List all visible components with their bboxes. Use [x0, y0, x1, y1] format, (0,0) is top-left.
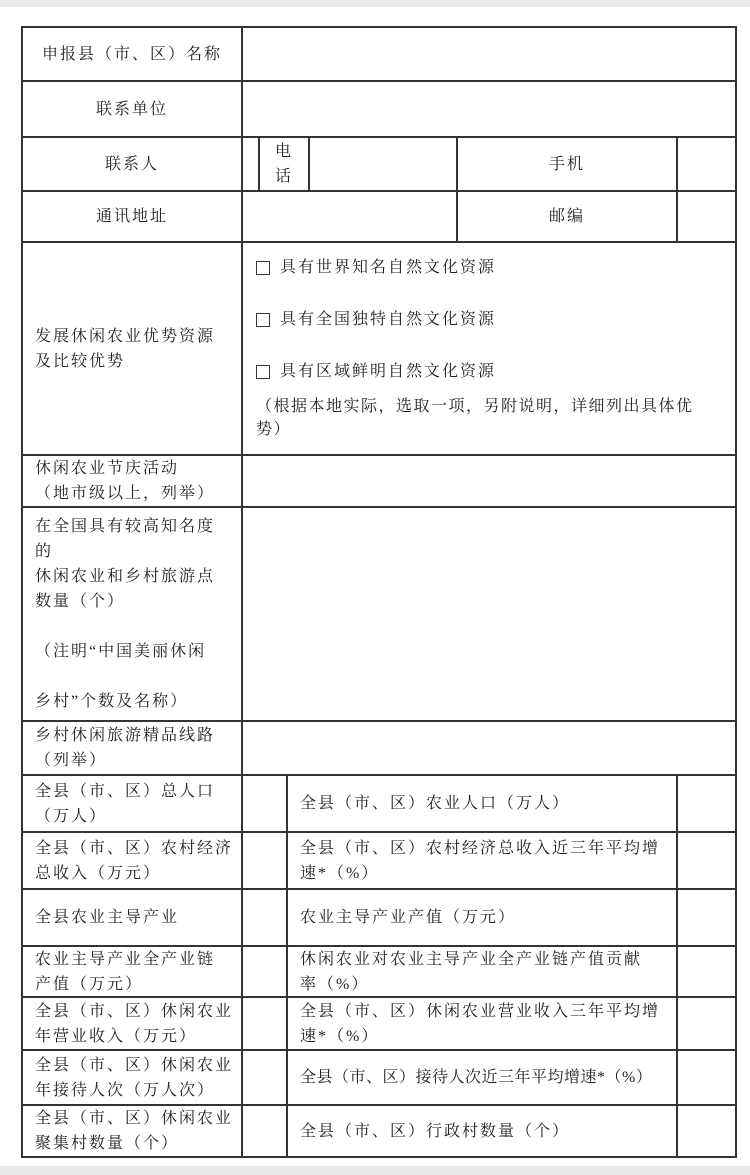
postcode-label: 邮编 [458, 192, 678, 241]
stat-right-label: 全县（市、区）行政村数量（个） [288, 1106, 678, 1156]
checkbox-option-national[interactable]: 具有全国独特自然文化资源 [256, 309, 496, 331]
stat-left-input-cell[interactable] [243, 890, 288, 945]
phone-label: 电 话 [260, 138, 310, 190]
applicant-name-label: 申报县（市、区）名称 [23, 28, 243, 80]
stat-right-input-cell[interactable] [678, 947, 735, 996]
stat-left-input-cell[interactable] [243, 947, 288, 996]
stat-left-input-cell[interactable] [243, 1106, 288, 1156]
stat-left-label: 全县（市、区）休闲农业 聚集村数量（个） [23, 1106, 243, 1156]
row-address: 通讯地址 邮编 [23, 192, 735, 243]
stat-left-label: 全县（市、区）休闲农业 年接待人次（万人次） [23, 1051, 243, 1104]
stat-left-label: 全县（市、区）总人口 （万人） [23, 776, 243, 831]
mobile-input-cell[interactable] [678, 138, 735, 190]
checkbox-option-label: 具有世界知名自然文化资源 [280, 257, 496, 279]
stat-left-label: 农业主导产业全产业链 产值（万元） [23, 947, 243, 996]
stat-right-input-cell[interactable] [678, 776, 735, 831]
stat-right-label: 农业主导产业产值（万元） [288, 890, 678, 945]
contact-person-label: 联系人 [23, 138, 243, 190]
address-label: 通讯地址 [23, 192, 243, 241]
row-stat-leisure-revenue: 全县（市、区）休闲农业 年营业收入（万元） 全县（市、区）休闲农业营业收入三年平… [23, 998, 735, 1051]
checkbox-option-world[interactable]: 具有世界知名自然文化资源 [256, 257, 496, 279]
stat-left-label: 全县农业主导产业 [23, 890, 243, 945]
stat-left-input-cell[interactable] [243, 833, 288, 888]
row-famous-sites: 在全国具有较高知名度 的 休闲农业和乡村旅游点 数量（个） （注明“中国美丽休闲… [23, 508, 735, 722]
contact-person-input-cell[interactable] [243, 138, 260, 190]
row-stat-cluster-villages: 全县（市、区）休闲农业 聚集村数量（个） 全县（市、区）行政村数量（个） [23, 1106, 735, 1156]
row-routes: 乡村休闲旅游精品线路 （列举） [23, 722, 735, 776]
festival-input-cell[interactable] [243, 456, 735, 506]
stat-left-label: 全县（市、区）休闲农业 年营业收入（万元） [23, 998, 243, 1049]
stat-right-label: 休闲农业对农业主导产业全产业链产值贡献 率（%） [288, 947, 678, 996]
contact-unit-input-cell[interactable] [243, 82, 735, 136]
checkbox-option-label: 具有全国独特自然文化资源 [280, 309, 496, 331]
application-form-table: 申报县（市、区）名称 联系单位 联系人 电 话 手机 通讯地址 邮编 发展休闲农… [21, 26, 737, 1158]
stat-right-input-cell[interactable] [678, 833, 735, 888]
checkbox-icon[interactable] [256, 313, 270, 327]
row-advantage: 发展休闲农业优势资源 及比较优势 具有世界知名自然文化资源 具有全国独特自然文化… [23, 243, 735, 456]
row-stat-industry-chain: 农业主导产业全产业链 产值（万元） 休闲农业对农业主导产业全产业链产值贡献 率（… [23, 947, 735, 998]
checkbox-icon[interactable] [256, 261, 270, 275]
page-top-edge [0, 0, 750, 7]
stat-left-input-cell[interactable] [243, 998, 288, 1049]
phone-input-cell[interactable] [310, 138, 458, 190]
contact-unit-label: 联系单位 [23, 82, 243, 136]
stat-left-input-cell[interactable] [243, 1051, 288, 1104]
row-applicant-name: 申报县（市、区）名称 [23, 28, 735, 82]
stat-right-label: 全县（市、区）接待人次近三年平均增速*（%） [288, 1051, 678, 1104]
address-input-cell[interactable] [243, 192, 458, 241]
stat-right-input-cell[interactable] [678, 1106, 735, 1156]
row-contact-unit: 联系单位 [23, 82, 735, 138]
routes-input-cell[interactable] [243, 722, 735, 774]
advantage-note: （根据本地实际，选取一项，另附说明，详细列出具体优 势） [256, 395, 694, 441]
stat-right-label: 全县（市、区）农村经济总收入近三年平均增 速*（%） [288, 833, 678, 888]
famous-sites-input-cell[interactable] [243, 508, 735, 720]
row-stat-rural-income: 全县（市、区）农村经济 总收入（万元） 全县（市、区）农村经济总收入近三年平均增… [23, 833, 735, 890]
postcode-input-cell[interactable] [678, 192, 735, 241]
checkbox-option-label: 具有区域鲜明自然文化资源 [280, 361, 496, 383]
stat-left-input-cell[interactable] [243, 776, 288, 831]
row-stat-leading-industry: 全县农业主导产业 农业主导产业产值（万元） [23, 890, 735, 947]
advantage-label: 发展休闲农业优势资源 及比较优势 [23, 243, 243, 454]
applicant-name-input-cell[interactable] [243, 28, 735, 80]
festival-label: 休闲农业节庆活动 （地市级以上，列举） [23, 456, 243, 506]
page-bottom-edge [0, 1166, 750, 1175]
stat-right-input-cell[interactable] [678, 998, 735, 1049]
row-stat-visitors: 全县（市、区）休闲农业 年接待人次（万人次） 全县（市、区）接待人次近三年平均增… [23, 1051, 735, 1106]
stat-right-input-cell[interactable] [678, 1051, 735, 1104]
stat-left-label: 全县（市、区）农村经济 总收入（万元） [23, 833, 243, 888]
stat-right-label: 全县（市、区）休闲农业营业收入三年平均增 速*（%） [288, 998, 678, 1049]
checkbox-option-regional[interactable]: 具有区域鲜明自然文化资源 [256, 361, 496, 383]
row-festival: 休闲农业节庆活动 （地市级以上，列举） [23, 456, 735, 508]
row-contact-person: 联系人 电 话 手机 [23, 138, 735, 192]
routes-label: 乡村休闲旅游精品线路 （列举） [23, 722, 243, 774]
stat-right-label: 全县（市、区）农业人口（万人） [288, 776, 678, 831]
row-stat-population: 全县（市、区）总人口 （万人） 全县（市、区）农业人口（万人） [23, 776, 735, 833]
checkbox-icon[interactable] [256, 365, 270, 379]
mobile-label: 手机 [458, 138, 678, 190]
famous-sites-label: 在全国具有较高知名度 的 休闲农业和乡村旅游点 数量（个） （注明“中国美丽休闲… [23, 508, 243, 720]
advantage-options-cell: 具有世界知名自然文化资源 具有全国独特自然文化资源 具有区域鲜明自然文化资源 （… [243, 243, 735, 454]
stat-right-input-cell[interactable] [678, 890, 735, 945]
